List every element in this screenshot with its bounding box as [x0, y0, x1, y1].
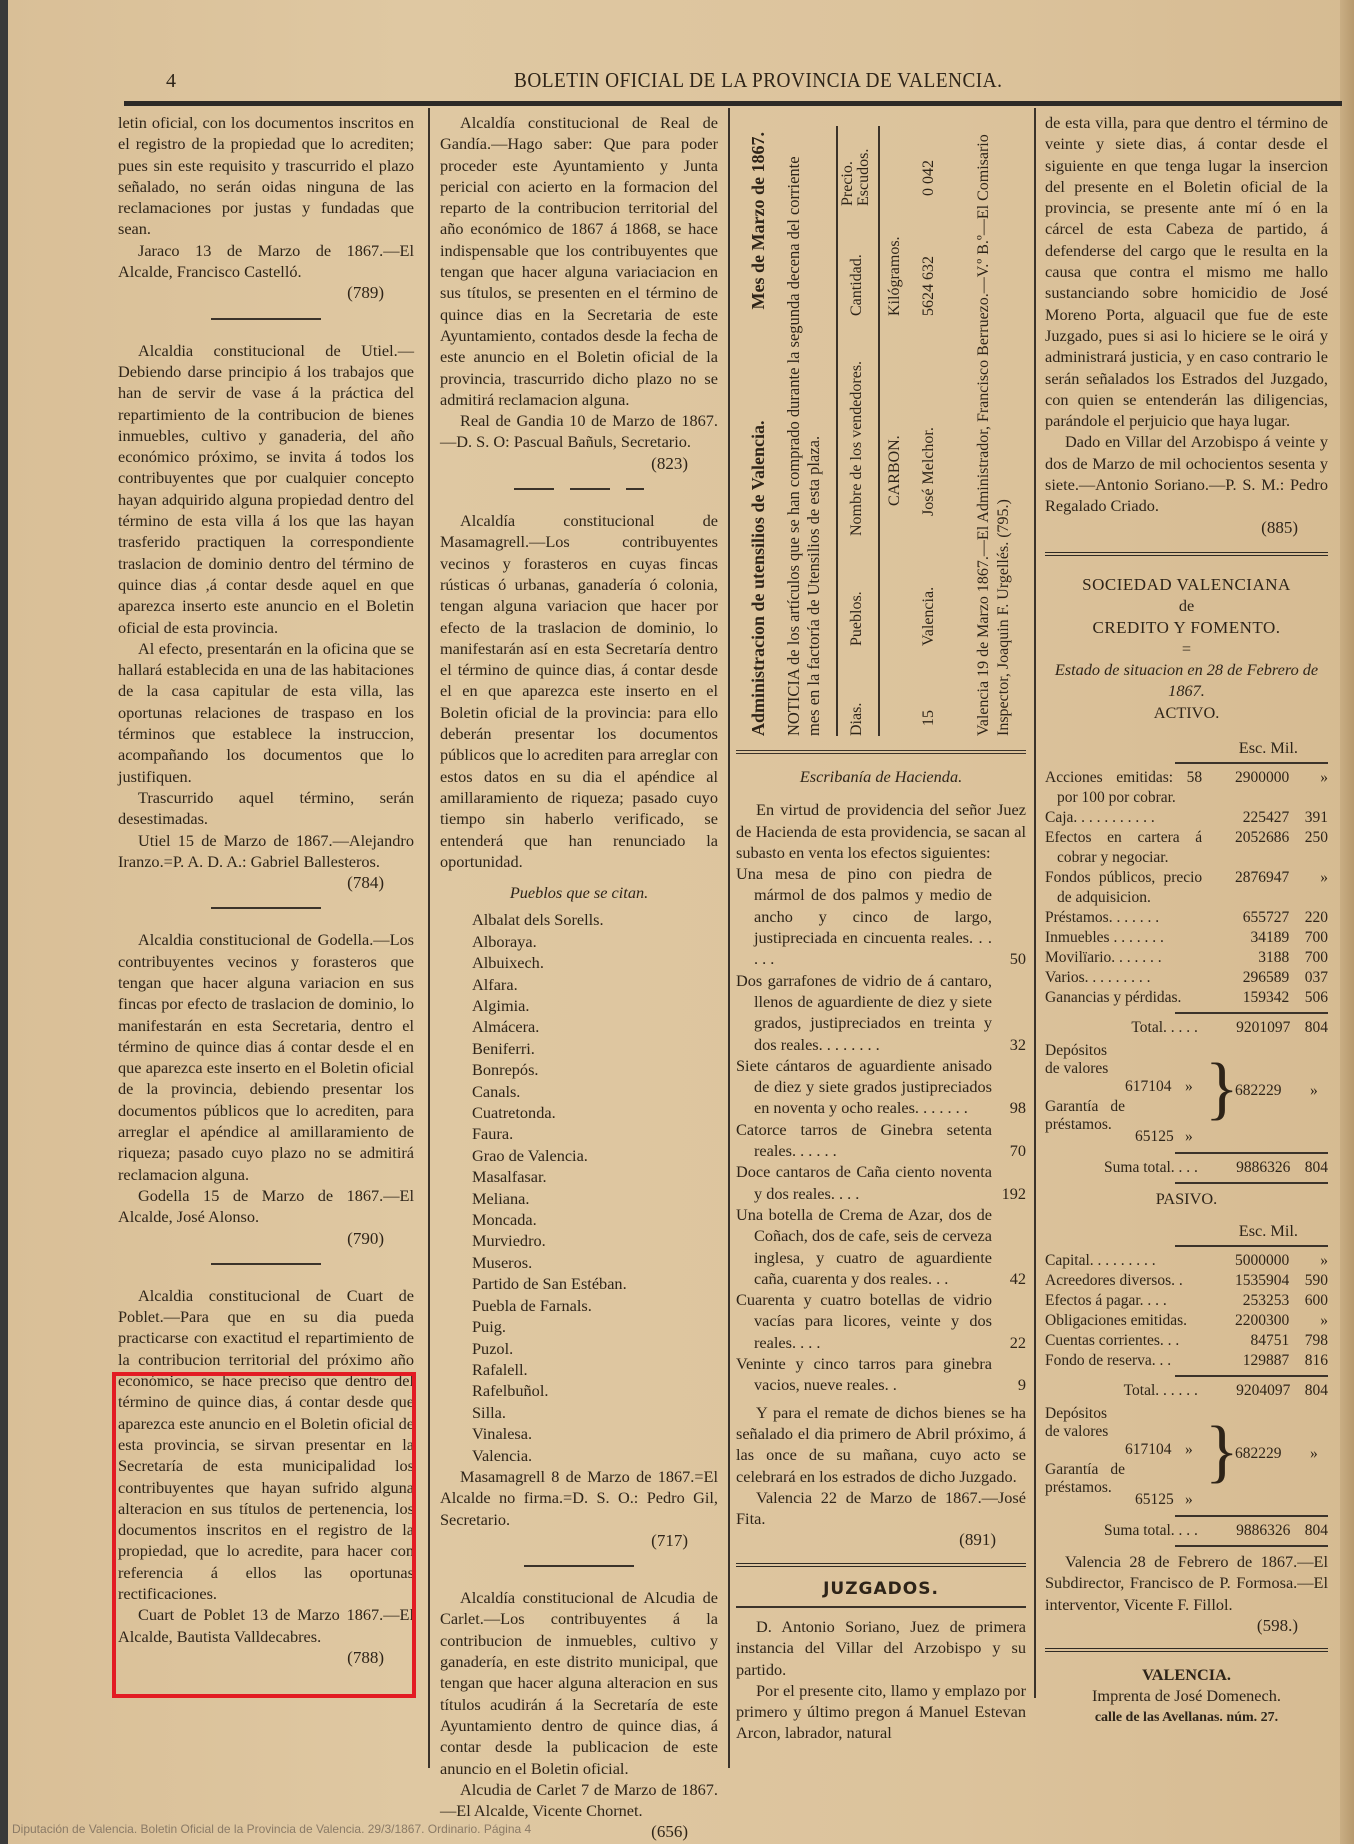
- col-header: Dias.: [848, 703, 866, 736]
- balance-label: Fondos públicos, precio de adquisicion.: [1045, 868, 1202, 908]
- balance-esc: 1535904: [1202, 1271, 1289, 1291]
- town-item: Murviedro.: [472, 1230, 718, 1251]
- category: CARBON.: [886, 435, 904, 506]
- page-header: 4 BOLETIN OFICIAL DE LA PROVINCIA DE VAL…: [124, 66, 1344, 96]
- notice-ref: (885): [1045, 517, 1328, 538]
- col-header: Precio. Escudos.: [840, 126, 872, 206]
- balance-esc: 2052686: [1202, 828, 1289, 868]
- balance-row: Fondo de reserva. . .129887816: [1045, 1351, 1328, 1371]
- balance-row: Préstamos. . . . . . .655727220: [1045, 908, 1328, 928]
- archive-caption: Diputación de Valencia. Boletin Oficial …: [12, 1822, 531, 1836]
- balance-mil: »: [1289, 868, 1328, 908]
- balance-row: Fondos públicos, precio de adquisicion.2…: [1045, 868, 1328, 908]
- item-description: Doce cantaros de Caña ciento noventa y d…: [736, 1161, 992, 1204]
- notice-signature: Alcudia de Carlet 7 de Marzo de 1867.—El…: [440, 1779, 718, 1822]
- balance-label: Movilïario. . . . . . .: [1045, 948, 1202, 968]
- balance-label: Acreedores diversos. .: [1045, 1271, 1202, 1291]
- balance-label: Inmuebles . . . . . . .: [1045, 928, 1202, 948]
- balance-esc: 225427: [1202, 808, 1289, 828]
- rule: [1175, 1515, 1328, 1517]
- balance-row: Acreedores diversos. .1535904590: [1045, 1271, 1328, 1291]
- item-value: 70: [992, 1140, 1026, 1161]
- imprint-city: VALENCIA.: [1045, 1664, 1328, 1685]
- town-item: Beniferri.: [472, 1038, 718, 1059]
- balance-esc: 655727: [1202, 908, 1289, 928]
- balance-row: Efectos en cartera á cobrar y negociar.2…: [1045, 828, 1328, 868]
- activo-total-row: Total. . . . . 9201097 804: [1045, 1018, 1328, 1038]
- item-value: 192: [992, 1183, 1026, 1204]
- pasivo-table: Capital. . . . . . . . .5000000»Acreedor…: [1045, 1251, 1328, 1371]
- column-3: Escribanía de Hacienda. En virtud de pro…: [736, 766, 1026, 1744]
- items-list: Una mesa de pino con piedra de mármol de…: [736, 863, 1026, 1395]
- balance-mil: 798: [1289, 1331, 1328, 1351]
- notice-ref: (790): [118, 1228, 414, 1249]
- auction-item: Cuarenta y cuatro botellas de vidrio vac…: [736, 1289, 1026, 1353]
- balance-esc: 3188: [1202, 948, 1289, 968]
- balance-esc: 5000000: [1202, 1251, 1289, 1271]
- town-item: Valencia.: [472, 1445, 718, 1466]
- town-item: Puig.: [472, 1316, 718, 1337]
- table-ref: (795.): [995, 499, 1012, 538]
- notice-ref: (717): [440, 1530, 718, 1551]
- notice-text: Al efecto, presentarán en la oficina que…: [118, 638, 414, 787]
- notice-text: letin oficial, con los documentos inscri…: [118, 112, 414, 240]
- activo-heading: ACTIVO.: [1045, 702, 1328, 723]
- pasivo-heading: PASIVO.: [1045, 1188, 1328, 1209]
- balance-label: Ganancias y pérdidas.: [1045, 988, 1202, 1008]
- item-description: Veninte y cinco tarros para ginebra vaci…: [736, 1353, 992, 1396]
- rule: [1175, 1375, 1328, 1377]
- item-value: 42: [992, 1268, 1026, 1289]
- column-4: de esta villa, para que dentro el términ…: [1045, 112, 1328, 1728]
- balance-row: Caja. . . . . . . . . . .225427391: [1045, 808, 1328, 828]
- notice-text: Trascurrido aquel término, serán desesti…: [118, 787, 414, 830]
- notice-signature: Godella 15 de Marzo de 1867.—El Alcalde,…: [118, 1185, 414, 1228]
- balance-esc: 2200300: [1202, 1311, 1289, 1331]
- page-number: 4: [166, 70, 176, 93]
- column-2: Alcaldía constitucional de Real de Gandí…: [440, 112, 718, 1843]
- rule: [1175, 1152, 1328, 1154]
- notice-ref: (598.): [1045, 1615, 1328, 1636]
- balance-row: Acciones emitidas: 58 por 100 por cobrar…: [1045, 768, 1328, 808]
- notice-ref: (823): [440, 453, 718, 474]
- town-item: Bonrepós.: [472, 1059, 718, 1080]
- balance-mil: »: [1289, 1251, 1328, 1271]
- notice-ref: (891): [736, 1529, 1026, 1550]
- notice-text: D. Antonio Soriano, Juez de primera inst…: [736, 1616, 1026, 1680]
- item-value: 22: [992, 1332, 1026, 1353]
- balance-label: Caja. . . . . . . . . . .: [1045, 808, 1202, 828]
- item-description: Siete cántaros de aguardiente anisado de…: [736, 1055, 992, 1119]
- rule: [1175, 762, 1328, 764]
- town-item: Almácera.: [472, 1016, 718, 1037]
- balance-signature: Valencia 28 de Febrero de 1867.—El Subdi…: [1045, 1551, 1328, 1615]
- notice-ref: (784): [118, 872, 414, 893]
- table-notice: NOTICIA de los artículos que se han comp…: [784, 126, 824, 736]
- scan-border: [0, 0, 8, 1844]
- item-value: 98: [992, 1097, 1026, 1118]
- item-description: Cuarenta y cuatro botellas de vidrio vac…: [736, 1289, 992, 1353]
- town-item: Vinalesa.: [472, 1423, 718, 1444]
- notice-signature: Dado en Villar del Arzobispo á veinte y …: [1045, 431, 1328, 516]
- item-description: Una botella de Crema de Azar, dos de Coñ…: [736, 1204, 992, 1289]
- balance-label: Obligaciones emitidas.: [1045, 1311, 1202, 1331]
- town-item: Rafalell.: [472, 1359, 718, 1380]
- notice-ref: (789): [118, 282, 414, 303]
- rule: [1175, 1245, 1328, 1247]
- balance-label: Acciones emitidas: 58 por 100 por cobrar…: [1045, 768, 1202, 808]
- balance-mil: 600: [1289, 1291, 1328, 1311]
- balance-row: Obligaciones emitidas.2200300»: [1045, 1311, 1328, 1331]
- balance-label: Capital. . . . . . . . .: [1045, 1251, 1202, 1271]
- utensilios-table: Administracion de utensilios de Valencia…: [736, 108, 1026, 750]
- balance-mil: 506: [1289, 988, 1328, 1008]
- town-item: Alboraya.: [472, 931, 718, 952]
- town-item: Puzol.: [472, 1338, 718, 1359]
- notice-text: Alcaldia constitucional de Utiel.—Debien…: [118, 340, 414, 638]
- deposits-block: Depósitos de valores 617104 » Garantía d…: [1045, 1038, 1328, 1148]
- col-header: Pueblos.: [848, 591, 866, 646]
- separator: [211, 907, 321, 909]
- notice-text: Alcaldia constitucional de Godella.—Los …: [118, 929, 414, 1185]
- balance-label: Fondo de reserva. . .: [1045, 1351, 1202, 1371]
- balance-esc: 2900000: [1202, 768, 1289, 808]
- balance-mil: 391: [1289, 808, 1328, 828]
- activo-table: Acciones emitidas: 58 por 100 por cobrar…: [1045, 768, 1328, 1008]
- balance-label: Cuentas corrientes. . .: [1045, 1331, 1202, 1351]
- rule: [1175, 1182, 1328, 1184]
- cell-dia: 15: [920, 710, 938, 726]
- publication-title: BOLETIN OFICIAL DE LA PROVINCIA DE VALEN…: [514, 68, 1002, 93]
- section-title: Escribanía de Hacienda.: [800, 767, 962, 786]
- town-item: Alfara.: [472, 974, 718, 995]
- towns-list: Albalat dels Sorells.Alboraya.Albuixech.…: [472, 909, 718, 1466]
- notice-text: En virtud de providencia del señor Juez …: [736, 799, 1026, 863]
- table-header: Dias. Pueblos. Nombre de los vendedores.…: [836, 126, 880, 736]
- separator: [736, 1606, 1026, 1608]
- utensilios-table-box: Administracion de utensilios de Valencia…: [736, 108, 1026, 754]
- notice-text: Por el presente cito, llamo y emplazo po…: [736, 1680, 1026, 1744]
- balance-label: Varios. . . . . . . . .: [1045, 968, 1202, 988]
- cell-cantidad: 5624 632: [920, 256, 938, 316]
- separator: [211, 318, 321, 320]
- unit-header: Esc. Mil.: [1045, 1220, 1328, 1241]
- section-rule: [1045, 552, 1328, 556]
- separator: [514, 488, 644, 490]
- table-signature: Valencia 19 de Marzo 1867.—El Administra…: [975, 134, 1012, 736]
- town-item: Partido de San Estéban.: [472, 1273, 718, 1294]
- balance-mil: »: [1289, 768, 1328, 808]
- town-item: Cuatretonda.: [472, 1102, 718, 1123]
- header-rule: [124, 101, 1342, 106]
- town-item: Algimia.: [472, 995, 718, 1016]
- separator: [211, 1263, 321, 1265]
- balance-mil: 037: [1289, 968, 1328, 988]
- balance-mil: 816: [1289, 1351, 1328, 1371]
- separator: [524, 1565, 634, 1567]
- item-description: Catorce tarros de Ginebra setenta reales…: [736, 1119, 992, 1162]
- auction-item: Veninte y cinco tarros para ginebra vaci…: [736, 1353, 1026, 1396]
- balance-row: Varios. . . . . . . . .296589037: [1045, 968, 1328, 988]
- pasivo-total-row: Total. . . . . . 9204097 804: [1045, 1381, 1328, 1401]
- balance-esc: 253253: [1202, 1291, 1289, 1311]
- col-header: Cantidad.: [848, 254, 866, 316]
- balance-esc: 34189: [1202, 928, 1289, 948]
- cell-precio: 0 042: [920, 160, 938, 196]
- column-divider: [728, 108, 730, 1768]
- auction-item: Una botella de Crema de Azar, dos de Coñ…: [736, 1204, 1026, 1289]
- page-edge: [1340, 0, 1354, 1844]
- town-item: Masalfasar.: [472, 1166, 718, 1187]
- society-de: de: [1045, 595, 1328, 616]
- balance-esc: 129887: [1202, 1351, 1289, 1371]
- section-heading: JUZGADOS.: [736, 1579, 1026, 1600]
- auction-item: Siete cántaros de aguardiente anisado de…: [736, 1055, 1026, 1119]
- notice-signature: Utiel 15 de Marzo de 1867.—Alejandro Ira…: [118, 830, 414, 873]
- balance-mil: 590: [1289, 1271, 1328, 1291]
- table-footer: Valencia 19 de Marzo 1867.—El Administra…: [974, 126, 1014, 736]
- balance-mil: 220: [1289, 908, 1328, 928]
- notice-signature: Valencia 22 de Marzo de 1867.—José Fita.: [736, 1487, 1026, 1530]
- notice-signature: Masamagrell 8 de Marzo de 1867.=El Alcal…: [440, 1466, 718, 1530]
- brace: }: [1205, 1044, 1239, 1134]
- balance-row: Cuentas corrientes. . .84751798: [1045, 1331, 1328, 1351]
- imprint-printer: Imprenta de José Domenech.: [1045, 1685, 1328, 1706]
- item-value: 9: [992, 1374, 1026, 1395]
- town-item: Silla.: [472, 1402, 718, 1423]
- pasivo-suma-row: Suma total. . . . 9886326 804: [1045, 1521, 1328, 1541]
- activo-suma-row: Suma total. . . . 9886326 804: [1045, 1158, 1328, 1178]
- town-item: Canals.: [472, 1081, 718, 1102]
- town-item: Meliana.: [472, 1188, 718, 1209]
- item-description: Una mesa de pino con piedra de mármol de…: [736, 863, 992, 969]
- balance-esc: 2876947: [1202, 868, 1289, 908]
- double-dash: =: [1045, 638, 1328, 659]
- notice-text: Y para el remate de dichos bienes se ha …: [736, 1402, 1026, 1487]
- auction-item: Catorce tarros de Ginebra setenta reales…: [736, 1119, 1026, 1162]
- notice-signature: Real de Gandia 10 de Marzo de 1867.—D. S…: [440, 410, 718, 453]
- balance-label: Préstamos. . . . . . .: [1045, 908, 1202, 928]
- town-item: Faura.: [472, 1123, 718, 1144]
- balance-row: Efectos á pagar. . . .253253600: [1045, 1291, 1328, 1311]
- highlight-box: [112, 1372, 416, 1698]
- town-item: Albalat dels Sorells.: [472, 909, 718, 930]
- balance-row: Capital. . . . . . . . .5000000»: [1045, 1251, 1328, 1271]
- cell-pueblo: Valencia.: [920, 587, 938, 646]
- notice-text: Alcaldía constitucional de Real de Gandí…: [440, 112, 718, 410]
- balance-row: Inmuebles . . . . . . .34189700: [1045, 928, 1328, 948]
- balance-mil: »: [1289, 1311, 1328, 1331]
- section-rule: [1045, 1648, 1328, 1652]
- balance-label: Efectos en cartera á cobrar y negociar.: [1045, 828, 1202, 868]
- auction-item: Doce cantaros de Caña ciento noventa y d…: [736, 1161, 1026, 1204]
- town-item: Moncada.: [472, 1209, 718, 1230]
- town-item: Rafelbuñol.: [472, 1380, 718, 1401]
- notice-text: Alcaldía constitucional de Masamagrell.—…: [440, 510, 718, 872]
- balance-esc: 296589: [1202, 968, 1289, 988]
- town-item: Grao de Valencia.: [472, 1145, 718, 1166]
- towns-title: Pueblos que se citan.: [510, 883, 648, 902]
- column-divider: [428, 108, 430, 1768]
- balance-mil: 700: [1289, 948, 1328, 968]
- table-row: CARBON. Kilógramos. 15 Valencia. José Me…: [886, 126, 956, 736]
- town-item: Museros.: [472, 1252, 718, 1273]
- unit: Kilógramos.: [886, 236, 904, 316]
- rule: [1175, 1012, 1328, 1014]
- town-item: Puebla de Farnals.: [472, 1295, 718, 1316]
- society-name: SOCIEDAD VALENCIANA: [1045, 574, 1328, 595]
- balance-row: Movilïario. . . . . . .3188700: [1045, 948, 1328, 968]
- balance-row: Ganancias y pérdidas.159342506: [1045, 988, 1328, 1008]
- section-rule: [736, 1563, 1026, 1567]
- col-header: Nombre de los vendedores.: [848, 361, 866, 536]
- balance-esc: 84751: [1202, 1331, 1289, 1351]
- balance-mil: 250: [1289, 828, 1328, 868]
- balance-mil: 700: [1289, 928, 1328, 948]
- balance-label: Efectos á pagar. . . .: [1045, 1291, 1202, 1311]
- balance-subtitle: Estado de situacion en 28 de Febrero de …: [1045, 659, 1328, 702]
- table-month: Mes de Marzo de 1867.: [748, 132, 769, 309]
- table-title: Administracion de utensilios de Valencia…: [748, 420, 769, 736]
- town-item: Albuixech.: [472, 952, 718, 973]
- rule: [1175, 1545, 1328, 1547]
- unit-header: Esc. Mil.: [1045, 737, 1328, 758]
- cell-vendedor: José Melchor.: [920, 427, 938, 516]
- item-value: 50: [992, 948, 1026, 969]
- notice-signature: Jaraco 13 de Marzo de 1867.—El Alcalde, …: [118, 240, 414, 283]
- balance-esc: 159342: [1202, 988, 1289, 1008]
- auction-item: Una mesa de pino con piedra de mármol de…: [736, 863, 1026, 969]
- notice-text: Alcaldía constitucional de Alcudia de Ca…: [440, 1587, 718, 1779]
- society-name-2: CREDITO Y FOMENTO.: [1045, 617, 1328, 638]
- deposits-block: Depósitos de valores 617104 » Garantía d…: [1045, 1401, 1328, 1511]
- notice-text: de esta villa, para que dentro el términ…: [1045, 112, 1328, 431]
- imprint-address: calle de las Avellanas. núm. 27.: [1045, 1707, 1328, 1728]
- auction-item: Dos garrafones de vidrio de á cantaro, l…: [736, 970, 1026, 1055]
- item-value: 32: [992, 1034, 1026, 1055]
- item-description: Dos garrafones de vidrio de á cantaro, l…: [736, 970, 992, 1055]
- brace: }: [1205, 1407, 1239, 1497]
- column-divider: [1034, 108, 1036, 1698]
